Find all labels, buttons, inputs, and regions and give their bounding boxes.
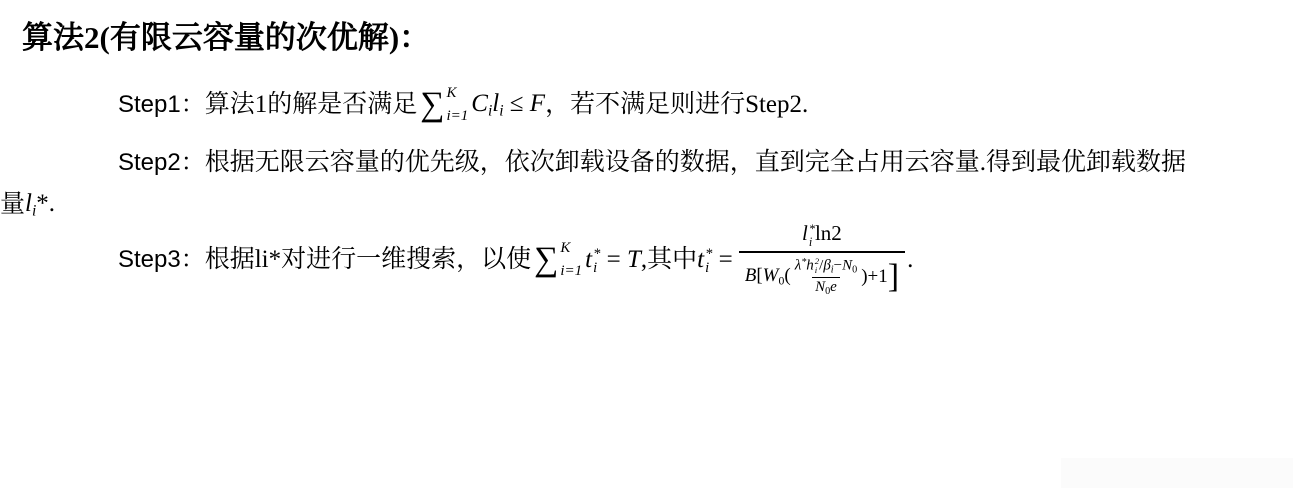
step3-label: Step3： (118, 244, 205, 275)
inner-fraction: λ*h2i/βi−N0 N0e (792, 257, 861, 298)
open-paren: ( (784, 265, 790, 286)
algorithm-title: 算法2(有限云容量的次优解)： (22, 12, 430, 57)
sum-lower-limit: i=1 (446, 109, 468, 124)
var-l: l (802, 221, 808, 245)
close-bracket: ] (888, 257, 899, 298)
den-prefix: B[W0( (745, 266, 791, 288)
var-F: F (530, 90, 545, 117)
star-mark: * (36, 190, 49, 217)
var-T: T (627, 246, 641, 273)
summation-limits: K i=1 (558, 239, 582, 281)
sigma-glyph: ∑ (534, 243, 558, 277)
fraction-numerator: l*iln2 (794, 222, 850, 250)
equals-sign: = (600, 246, 627, 273)
equals-sign: = (712, 246, 732, 273)
var-t: t (585, 246, 592, 273)
watermark-box (1061, 458, 1293, 488)
N-sub: 0 (852, 264, 857, 275)
l-sub: i (809, 236, 812, 248)
step1-text-before: 算法1的解是否满足 (205, 89, 418, 122)
sentence-period: . (907, 244, 913, 277)
step1-line: Step1： 算法1的解是否满足 ∑ K i=1 Cili ≤ F ，若不满足则… (118, 84, 808, 126)
step1-text-after: ，若不满足则进行Step2. (545, 89, 808, 122)
step1-label: Step1： (118, 89, 205, 120)
step2-text: 根据无限云容量的优先级，依次卸载设备的数据，直到完全占用云容量.得到最优卸载数据 (205, 147, 1186, 180)
ln2-text: ln2 (815, 221, 842, 245)
var-N: N (815, 279, 825, 295)
sum-upper-limit: K (560, 241, 582, 256)
var-beta: β (823, 257, 830, 273)
summation-limits: K i=1 (444, 84, 468, 126)
t-sub: i (705, 261, 709, 276)
var-B: B (745, 265, 757, 286)
step1-inequality: Cili ≤ F (471, 88, 545, 121)
step3-mid-text: ,其中 (641, 246, 697, 273)
var-e: e (830, 279, 837, 295)
sum-upper-limit: K (446, 86, 468, 101)
step2-label: Step2： (118, 147, 205, 178)
step3-line: Step3： 根据li*对进行一维搜索，以使 ∑ K i=1 t*i = T,其… (118, 212, 913, 308)
sigma-glyph: ∑ (420, 88, 444, 122)
minus-sign: − (834, 257, 842, 273)
leq-sign: ≤ (504, 90, 530, 117)
step2-wrap-prefix: 量 (0, 189, 25, 222)
var-l: l (25, 190, 32, 217)
t-star-fraction: l*iln2 B[W0( λ*h2i/βi−N0 N0e )+1 ] (739, 222, 905, 297)
sentence-period: . (49, 190, 55, 217)
document-page: 算法2(有限云容量的次优解)： Step1： 算法1的解是否满足 ∑ K i=1… (0, 0, 1293, 488)
inner-numerator: λ*h2i/βi−N0 (792, 257, 861, 277)
fraction-denominator: B[W0( λ*h2i/βi−N0 N0e )+1 ] (739, 251, 905, 298)
step3-equation-text: t*i = T,其中t*i = (585, 244, 733, 277)
var-h: h (806, 257, 814, 273)
var-C: C (471, 90, 488, 117)
optimal-l-variable: li*. (25, 188, 55, 221)
step2-line2: 量 li*. (0, 184, 55, 226)
summation-symbol: ∑ K i=1 (534, 239, 582, 281)
step3-text-before: 根据li*对进行一维搜索，以使 (205, 244, 531, 277)
plus-one: +1 (868, 266, 888, 287)
sum-lower-limit: i=1 (560, 264, 582, 279)
var-W: W (763, 265, 779, 286)
step2-line1: Step2： 根据无限云容量的优先级，依次卸载设备的数据，直到完全占用云容量.得… (118, 142, 1186, 184)
var-N: N (842, 257, 852, 273)
t-sub: i (593, 261, 597, 276)
var-t: t (697, 246, 704, 273)
den-suffix: )+1 (861, 267, 888, 288)
h-sub: i (815, 266, 817, 275)
inner-denominator: N0e (812, 277, 840, 298)
summation-symbol: ∑ K i=1 (420, 84, 468, 126)
